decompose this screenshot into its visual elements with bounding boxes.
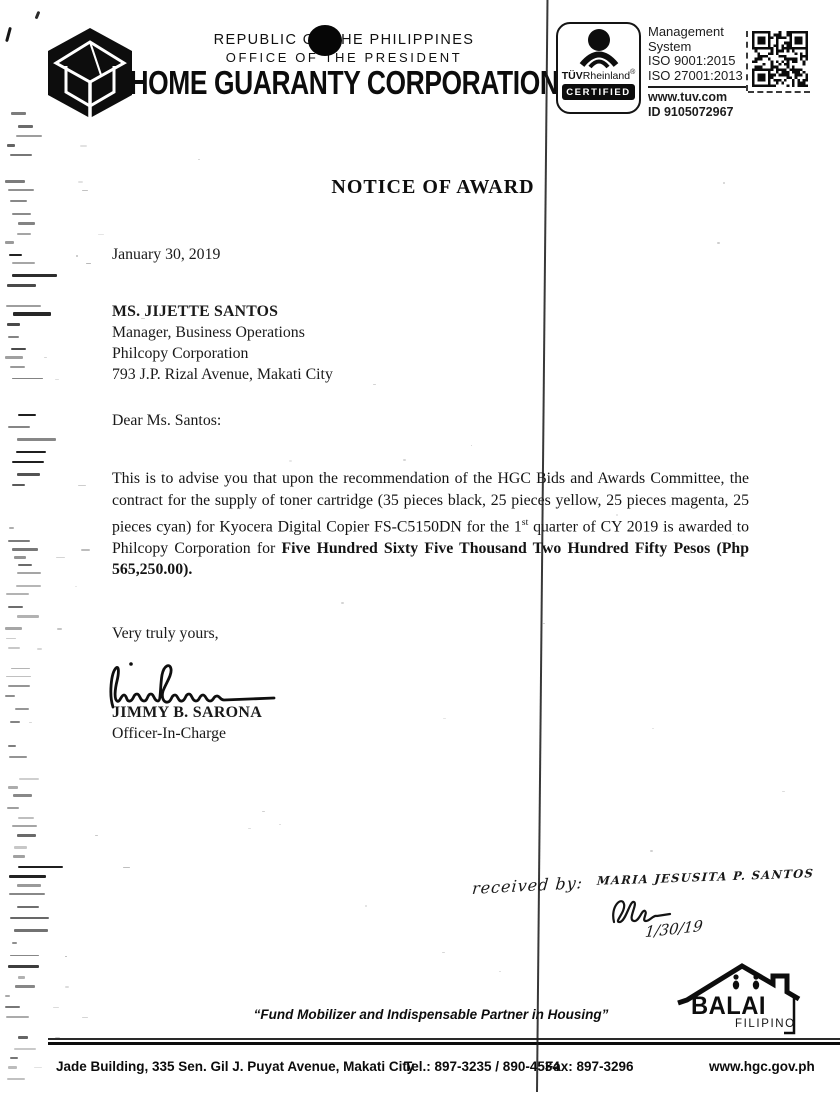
certified-label: CERTIFIED [562, 84, 635, 100]
ink-blob [308, 25, 342, 56]
tuv-cert-id: ID 9105072967 [648, 105, 750, 120]
registered-mark: ® [630, 69, 635, 76]
received-by-note: received by: [471, 873, 584, 898]
iso-line: Management [648, 25, 750, 40]
pen-mark [5, 27, 12, 42]
divider [48, 1042, 840, 1045]
balai-filipino-logo: BALAI FILIPINO [672, 951, 804, 1039]
divider [746, 31, 748, 91]
date-line: January 30, 2019 [112, 246, 220, 264]
qr-code [752, 31, 808, 87]
recipient-name: MS. JIJETTE SANTOS [112, 301, 333, 322]
pen-mark [35, 11, 40, 19]
tuv-brand-rest: Rheinland [583, 70, 630, 82]
republic-line: REPUBLIC OF THE PHILIPPINES [138, 32, 550, 48]
balai-sub: FILIPINO [735, 1018, 796, 1030]
hgc-logo [44, 26, 136, 120]
footer-fax: Fax: 897-3296 [545, 1059, 634, 1074]
footer-address: Jade Building, 335 Sen. Gil J. Puyat Ave… [56, 1059, 414, 1074]
divider [48, 1038, 840, 1040]
iso-line: System [648, 40, 750, 55]
body-paragraph: This is to advise you that upon the reco… [112, 468, 749, 581]
divider [648, 86, 746, 88]
document-page: REPUBLIC OF THE PHILIPPINES OFFICE OF TH… [0, 0, 840, 1100]
tuv-brand-bold: TÜV [562, 70, 583, 82]
balai-name: BALAI [691, 992, 766, 1021]
tuv-person-icon [576, 27, 622, 69]
signature [104, 657, 278, 709]
tuv-certification-badge: TÜVRheinland® CERTIFIED [556, 22, 641, 114]
letterhead: REPUBLIC OF THE PHILIPPINES OFFICE OF TH… [138, 32, 550, 65]
tuv-brand: TÜVRheinland® [558, 69, 639, 82]
iso-line: ISO 9001:2015 [648, 54, 750, 69]
office-line: OFFICE OF THE PRESIDENT [138, 50, 550, 65]
recipient-address: 793 J.P. Rizal Avenue, Makati City [112, 364, 333, 385]
salutation: Dear Ms. Santos: [112, 412, 221, 430]
notice-title: NOTICE OF AWARD [26, 176, 840, 199]
recipient-position: Manager, Business Operations [112, 322, 333, 343]
receiver-name: Maria Jesusita P. Santos [597, 866, 815, 888]
footer-website: www.hgc.gov.ph [709, 1059, 815, 1074]
iso-line: ISO 27001:2013 [648, 69, 750, 84]
signatory-title: Officer-In-Charge [112, 725, 226, 743]
recipient-company: Philcopy Corporation [112, 343, 333, 364]
closing-line: Very truly yours, [112, 625, 219, 643]
tuv-website: www.tuv.com [648, 90, 750, 105]
signatory-name: JIMMY B. SARONA [112, 704, 262, 722]
org-name: HOME GUARANTY CORPORATION [129, 64, 558, 102]
iso-certification-text: Management System ISO 9001:2015 ISO 2700… [648, 25, 750, 120]
divider [748, 91, 810, 93]
recipient-block: MS. JIJETTE SANTOS Manager, Business Ope… [112, 301, 333, 385]
